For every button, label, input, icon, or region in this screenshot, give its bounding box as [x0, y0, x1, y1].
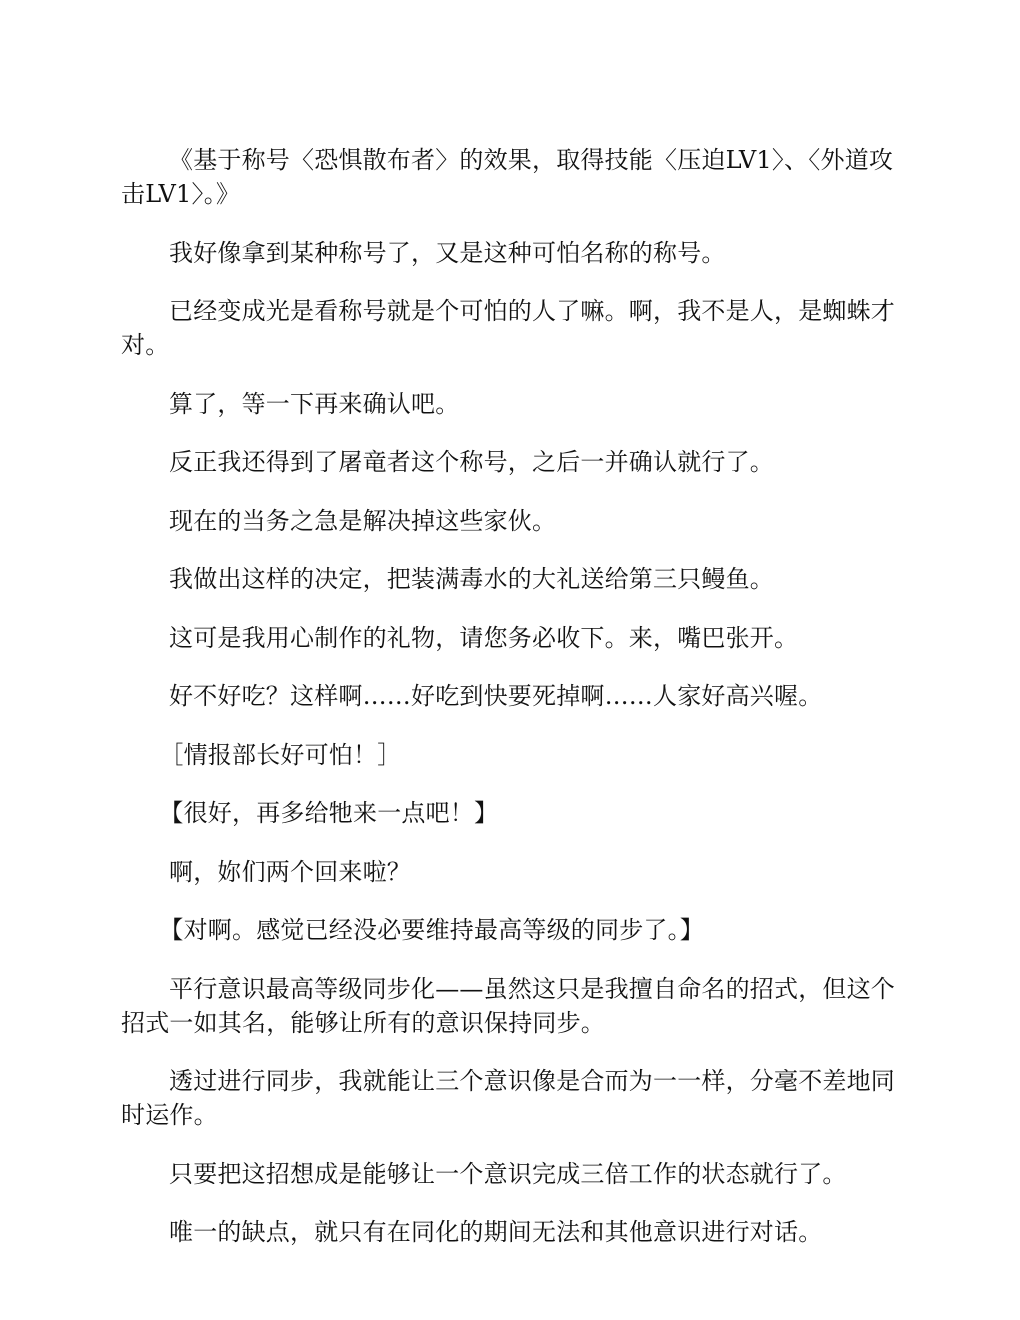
paragraph: 我做出这样的决定，把装满毒水的大礼送给第三只鳗鱼。	[121, 562, 897, 596]
paragraph-dialogue-body-brain: 【对啊。感觉已经没必要维持最高等级的同步了。】	[121, 913, 897, 947]
document-page: 《基于称号〈恐惧散布者〉的效果，取得技能〈压迫LV1〉、〈外道攻击LV1〉。》 …	[121, 143, 897, 1274]
paragraph: 平行意识最高等级同步化——虽然这只是我擅自命名的招式，但这个招式一如其名，能够让…	[121, 972, 897, 1040]
paragraph-dialogue-body-brain: 【很好，再多给牠来一点吧！】	[121, 796, 897, 830]
paragraph: 只要把这招想成是能够让一个意识完成三倍工作的状态就行了。	[121, 1157, 897, 1191]
paragraph: 好不好吃？这样啊……好吃到快要死掉啊……人家好高兴喔。	[121, 679, 897, 713]
paragraph: 唯一的缺点，就只有在同化的期间无法和其他意识进行对话。	[121, 1215, 897, 1249]
paragraph: 算了，等一下再来确认吧。	[121, 387, 897, 421]
paragraph-dialogue-info-chief: ［情报部长好可怕！］	[121, 738, 897, 772]
paragraph-system-message: 《基于称号〈恐惧散布者〉的效果，取得技能〈压迫LV1〉、〈外道攻击LV1〉。》	[121, 143, 897, 211]
paragraph: 这可是我用心制作的礼物，请您务必收下。来，嘴巴张开。	[121, 621, 897, 655]
paragraph: 啊，妳们两个回来啦？	[121, 855, 897, 889]
paragraph: 现在的当务之急是解决掉这些家伙。	[121, 504, 897, 538]
paragraph: 透过进行同步，我就能让三个意识像是合而为一一样，分毫不差地同时运作。	[121, 1064, 897, 1132]
paragraph: 已经变成光是看称号就是个可怕的人了嘛。啊，我不是人，是蜘蛛才对。	[121, 294, 897, 362]
paragraph: 反正我还得到了屠竜者这个称号，之后一并确认就行了。	[121, 445, 897, 479]
paragraph: 我好像拿到某种称号了，又是这种可怕名称的称号。	[121, 236, 897, 270]
